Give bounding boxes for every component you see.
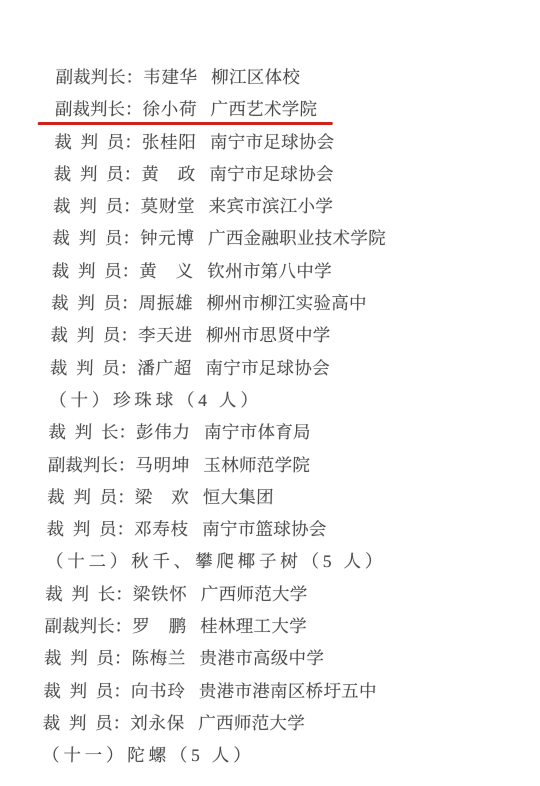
judge-name: 向书玲 [131, 675, 186, 707]
judge-name: 梁欢 [134, 481, 189, 513]
judge-name: 邓寿枝 [134, 513, 189, 545]
role-label: 裁判员 [53, 158, 124, 190]
judge-name: 黄政 [141, 158, 196, 190]
colon-separator: ： [124, 126, 142, 158]
judge-organization: 贵港市港南区桥圩五中 [199, 681, 377, 701]
judge-name: 张桂阳 [142, 126, 197, 158]
judge-name: 韦建华 [143, 61, 198, 93]
judge-organization: 柳州市柳江实验高中 [206, 293, 367, 313]
judge-row: 副裁判长：徐小荷广西艺术学院 [0, 93, 539, 125]
section-heading: （十二）秋千、攀爬椰子树（5 人） [0, 545, 530, 577]
role-label: 副裁判长 [55, 61, 126, 93]
judge-organization: 广西师范大学 [198, 713, 305, 733]
judge-row: 裁判员：陈梅兰贵港市高级中学 [0, 642, 528, 674]
colon-separator: ： [123, 158, 141, 190]
judge-row: 裁判员：刘永保广西师范大学 [0, 707, 527, 739]
judge-name: 莫财堂 [140, 190, 195, 222]
role-label: 裁判员 [50, 319, 121, 351]
judge-organization: 广西金融职业技术学院 [208, 228, 386, 248]
role-label: 裁判员 [46, 513, 117, 545]
judge-organization: 玉林师范学院 [203, 455, 310, 475]
role-label: 裁判员 [42, 707, 113, 739]
judge-organization: 柳江区体校 [211, 67, 300, 87]
judge-organization: 南宁市体育局 [204, 422, 311, 442]
red-underline-annotation [38, 122, 333, 125]
judge-name: 刘永保 [130, 707, 185, 739]
judge-row: 裁判长：彭伟力南宁市体育局 [0, 416, 533, 448]
colon-separator: ： [120, 352, 138, 384]
judge-row: 副裁判长：马明坤玉林师范学院 [0, 449, 532, 481]
judge-name: 钟元博 [140, 222, 195, 254]
judge-name: 黄义 [139, 255, 194, 287]
referee-list: 副裁判长：韦建华柳江区体校 副裁判长：徐小荷广西艺术学院 裁判员：张桂阳南宁市足… [0, 61, 540, 772]
colon-separator: ： [121, 255, 139, 287]
role-label: 裁判长 [48, 416, 119, 448]
role-label: 裁判员 [51, 287, 122, 319]
role-label: 裁判员 [51, 255, 122, 287]
judge-row: 裁判员：黄政南宁市足球协会 [0, 158, 538, 190]
colon-separator: ： [114, 610, 132, 642]
judge-row: 裁判员：邓寿枝南宁市篮球协会 [0, 513, 531, 545]
judge-row: 裁判长：梁铁怀广西师范大学 [0, 578, 530, 610]
judge-row: 裁判员：周振雄柳州市柳江实验高中 [0, 287, 535, 319]
judge-organization: 柳州市思贤中学 [206, 325, 331, 345]
role-label: 副裁判长 [55, 93, 126, 125]
section-heading-text: （十）珍珠球（4 人） [49, 390, 262, 410]
colon-separator: ： [112, 707, 130, 739]
judge-row: 裁判员：潘广超南宁市足球协会 [0, 352, 534, 384]
judge-row: 裁判员：莫财堂来宾市滨江小学 [0, 190, 537, 222]
section-heading: （十一）陀螺（5 人） [0, 739, 526, 771]
judge-organization: 桂林理工大学 [200, 616, 307, 636]
judge-organization: 贵港市高级中学 [199, 648, 324, 668]
judge-row: 裁判员：李天进柳州市思贤中学 [0, 319, 535, 351]
judge-name: 周振雄 [138, 287, 193, 319]
colon-separator: ： [117, 481, 135, 513]
colon-separator: ： [113, 675, 131, 707]
role-label: 副裁判长 [48, 449, 119, 481]
scanned-document-page: 副裁判长：韦建华柳江区体校 副裁判长：徐小荷广西艺术学院 裁判员：张桂阳南宁市足… [0, 0, 540, 786]
role-label: 裁判员 [50, 352, 121, 384]
judge-organization: 钦州市第八中学 [207, 261, 332, 281]
judge-name: 罗鹏 [132, 610, 187, 642]
role-label: 裁判员 [52, 222, 123, 254]
role-label: 副裁判长 [44, 610, 115, 642]
judge-name: 马明坤 [135, 449, 190, 481]
section-heading-text: （十二）秋千、攀爬椰子树（5 人） [46, 551, 387, 571]
colon-separator: ： [122, 222, 140, 254]
judge-row: 裁判员：黄义钦州市第八中学 [0, 255, 536, 287]
section-heading-text: （十一）陀螺（5 人） [42, 745, 255, 765]
judge-row: 副裁判长：罗鹏桂林理工大学 [0, 610, 529, 642]
judge-row: 副裁判长：韦建华柳江区体校 [0, 61, 540, 93]
judge-organization: 南宁市篮球协会 [202, 519, 327, 539]
judge-organization: 南宁市足球协会 [210, 132, 335, 152]
colon-separator: ： [114, 642, 132, 674]
colon-separator: ： [116, 513, 134, 545]
judge-name: 徐小荷 [142, 93, 197, 125]
judge-organization: 来宾市滨江小学 [208, 196, 333, 216]
colon-separator: ： [125, 61, 143, 93]
role-label: 裁判员 [44, 642, 115, 674]
colon-separator: ： [118, 416, 136, 448]
judge-organization: 广西师范大学 [201, 584, 308, 604]
judge-name: 陈梅兰 [131, 642, 186, 674]
judge-name: 李天进 [138, 319, 193, 351]
judge-name: 彭伟力 [136, 416, 191, 448]
judge-row: 裁判员：梁欢恒大集团 [0, 481, 532, 513]
colon-separator: ： [118, 449, 136, 481]
judge-organization: 恒大集团 [203, 487, 275, 507]
colon-separator: ： [121, 287, 139, 319]
judge-organization: 南宁市足球协会 [205, 358, 330, 378]
judge-row: 裁判员：张桂阳南宁市足球协会 [0, 126, 539, 158]
role-label: 裁判员 [53, 190, 124, 222]
section-heading: （十）珍珠球（4 人） [0, 384, 534, 416]
judge-organization: 南宁市足球协会 [209, 164, 334, 184]
judge-row: 裁判员：向书玲贵港市港南区桥圩五中 [0, 675, 528, 707]
colon-separator: ： [120, 319, 138, 351]
role-label: 裁判员 [47, 481, 118, 513]
judge-name: 潘广超 [137, 352, 192, 384]
colon-separator: ： [125, 93, 143, 125]
role-label: 裁判员 [43, 675, 114, 707]
judge-name: 梁铁怀 [132, 578, 187, 610]
colon-separator: ： [123, 190, 141, 222]
colon-separator: ： [115, 578, 133, 610]
role-label: 裁判长 [45, 578, 116, 610]
judge-row: 裁判员：钟元博广西金融职业技术学院 [0, 222, 537, 254]
judge-organization: 广西艺术学院 [210, 99, 317, 119]
role-label: 裁判员 [54, 126, 125, 158]
